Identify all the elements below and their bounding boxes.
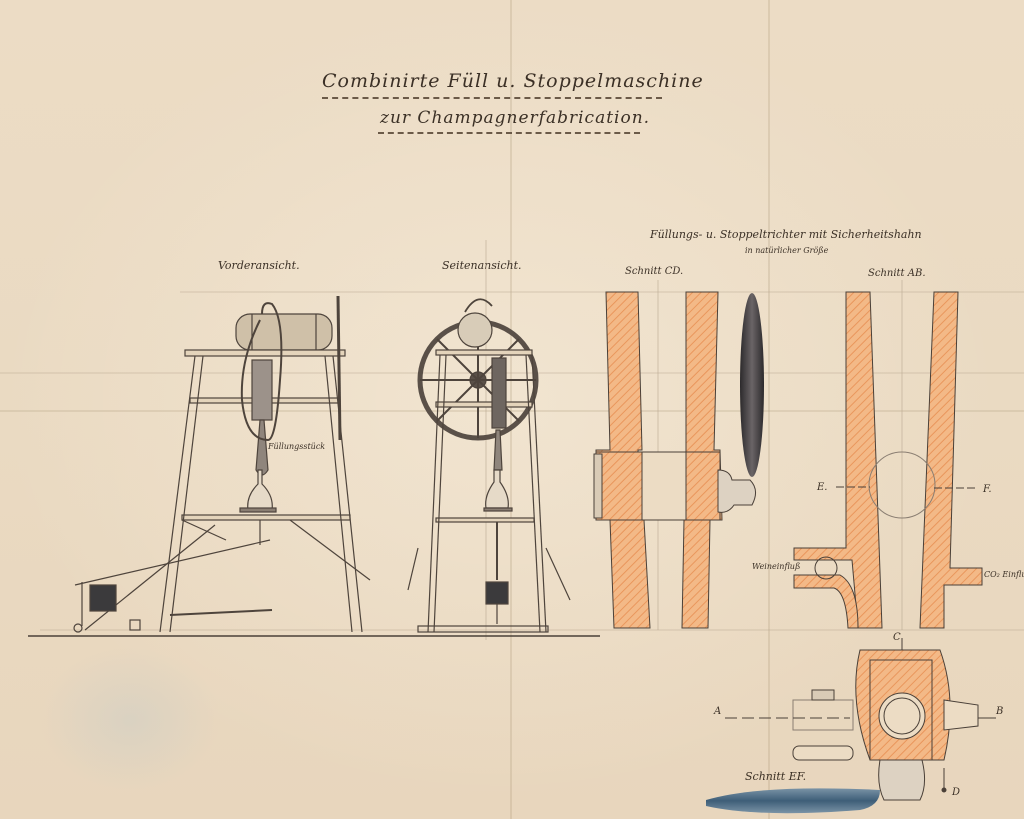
section-ab-funnel [794,292,982,628]
technical-drawing [0,0,1024,819]
drawing-sheet: Combinirte Füll u. Stoppelmaschine zur C… [0,0,1024,819]
front-view-machine [74,296,370,632]
side-view-machine [408,299,570,632]
section-cd-funnel [594,292,764,628]
section-ef-plan [706,638,996,813]
